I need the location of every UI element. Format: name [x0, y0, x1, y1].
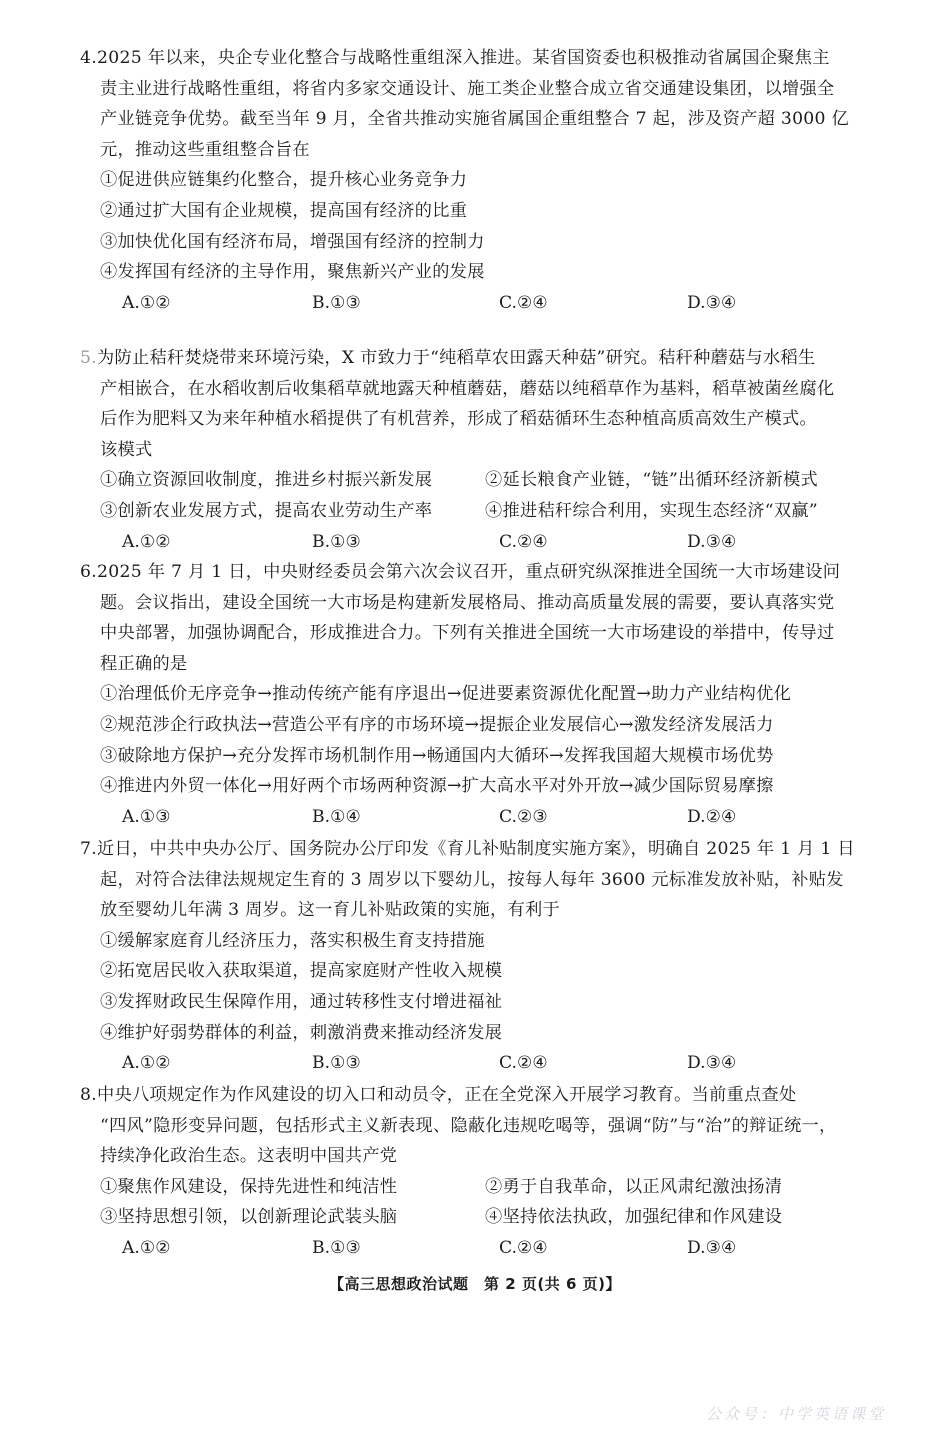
answer-c: C.②④	[499, 527, 548, 558]
question-stem-line: 4.2025 年以来，央企专业化整合与战略性重组深入推进。某省国资委也积极推动省…	[80, 43, 870, 74]
option-row: ③坚持思想引领，以创新理论武装头脑 ④坚持依法执政，加强纪律和作风建设	[80, 1202, 870, 1233]
question-number: 4.	[80, 48, 97, 68]
watermark: 公众号：中学英语课堂	[706, 1403, 886, 1424]
question-6: 6.2025 年 7 月 1 日，中央财经委员会第六次会议召开，重点研究纵深推进…	[80, 557, 870, 832]
answer-b: B.①③	[312, 1233, 361, 1264]
page-footer: 【高三思想政治试题 第 2 页(共 6 页)】	[0, 1273, 950, 1294]
option-4: ④维护好弱势群体的利益，刺激消费来推动经济发展	[80, 1018, 870, 1049]
exam-page: 4.2025 年以来，央企专业化整合与战略性重组深入推进。某省国资委也积极推动省…	[0, 0, 950, 1449]
answer-d: D.③④	[687, 288, 736, 319]
question-7: 7.近日，中共中央办公厅、国务院办公厅印发《育儿补贴制度实施方案》，明确自 20…	[80, 834, 870, 1079]
question-5: 5.为防止秸秆焚烧带来环境污染，X 市致力于“纯稻草农田露天种菇”研究。秸秆种蘑…	[80, 343, 870, 557]
question-stem-line: 中央部署，加强协调配合，形成推进合力。下列有关推进全国统一大市场建设的举措中，传…	[80, 618, 870, 649]
question-number: 5.	[80, 348, 97, 368]
answer-a: A.①②	[122, 527, 171, 558]
answer-c: C.②④	[499, 1048, 548, 1079]
answer-b: B.①③	[312, 288, 361, 319]
option-3: ③发挥财政民生保障作用，通过转移性支付增进福祉	[80, 987, 870, 1018]
answer-d: D.③④	[687, 527, 736, 558]
question-stem-line: 程正确的是	[80, 649, 870, 680]
option-row: ③创新农业发展方式，提高农业劳动生产率 ④推进秸秆综合利用，实现生态经济“双赢”	[80, 496, 870, 527]
question-stem-line: 元，推动这些重组整合旨在	[80, 135, 870, 166]
answer-choices: A.①② B.①③ C.②④ D.③④	[80, 527, 870, 558]
option-2: ②勇于自我革命，以正风肃纪激浊扬清	[485, 1172, 870, 1203]
question-stem-line: 后作为肥料又为来年种植水稻提供了有机营养，形成了稻菇循环生态种植高质高效生产模式…	[80, 404, 870, 435]
option-3: ③破除地方保护→充分发挥市场机制作用→畅通国内大循环→发挥我国超大规模市场优势	[80, 741, 870, 772]
question-stem-line: 该模式	[80, 435, 870, 466]
answer-choices: A.①② B.①③ C.②④ D.③④	[80, 1233, 870, 1264]
option-1: ①促进供应链集约化整合，提升核心业务竞争力	[80, 165, 870, 196]
answer-b: B.①③	[312, 527, 361, 558]
answer-a: A.①③	[122, 802, 171, 833]
option-1: ①聚焦作风建设，保持先进性和纯洁性	[100, 1172, 485, 1203]
option-row: ①聚焦作风建设，保持先进性和纯洁性 ②勇于自我革命，以正风肃纪激浊扬清	[80, 1172, 870, 1203]
answer-c: C.②④	[499, 1233, 548, 1264]
option-1: ①缓解家庭育儿经济压力，落实积极生育支持措施	[80, 926, 870, 957]
question-stem-line: 持续净化政治生态。这表明中国共产党	[80, 1141, 870, 1172]
option-3: ③加快优化国有经济布局，增强国有经济的控制力	[80, 227, 870, 258]
option-1: ①确立资源回收制度，推进乡村振兴新发展	[100, 465, 485, 496]
question-number: 6.	[80, 562, 97, 582]
option-4: ④推进内外贸一体化→用好两个市场两种资源→扩大高水平对外开放→减少国际贸易摩擦	[80, 771, 870, 802]
question-stem-line: 放至婴幼儿年满 3 周岁。这一育儿补贴政策的实施，有利于	[80, 895, 870, 926]
question-4: 4.2025 年以来，央企专业化整合与战略性重组深入推进。某省国资委也积极推动省…	[80, 43, 870, 318]
question-8: 8.中央八项规定作为作风建设的切入口和动员令，正在全党深入开展学习教育。当前重点…	[80, 1080, 870, 1264]
option-4: ④发挥国有经济的主导作用，聚焦新兴产业的发展	[80, 257, 870, 288]
question-stem-line: “四风”隐形变异问题，包括形式主义新表现、隐蔽化违规吃喝等，强调“防”与“治”的…	[80, 1111, 870, 1142]
question-stem-line: 7.近日，中共中央办公厅、国务院办公厅印发《育儿补贴制度实施方案》，明确自 20…	[80, 834, 870, 865]
question-stem-line: 题。会议指出，建设全国统一大市场是构建新发展格局、推动高质量发展的需要，要认真落…	[80, 588, 870, 619]
answer-b: B.①③	[312, 1048, 361, 1079]
answer-d: D.②④	[687, 802, 736, 833]
option-1: ①治理低价无序竞争→推动传统产能有序退出→促进要素资源优化配置→助力产业结构优化	[80, 679, 870, 710]
question-stem-line: 起，对符合法律法规规定生育的 3 周岁以下婴幼儿，按每人每年 3600 元标准发…	[80, 865, 870, 896]
question-stem-line: 产相嵌合，在水稻收割后收集稻草就地露天种植蘑菇，蘑菇以纯稻草作为基料，稻草被菌丝…	[80, 374, 870, 405]
question-stem-line: 5.为防止秸秆焚烧带来环境污染，X 市致力于“纯稻草农田露天种菇”研究。秸秆种蘑…	[80, 343, 870, 374]
question-stem-line: 产业链竞争优势。截至当年 9 月，全省共推动实施省属国企重组整合 7 起，涉及资…	[80, 104, 870, 135]
answer-d: D.③④	[687, 1048, 736, 1079]
question-stem-line: 责主业进行战略性重组，将省内多家交通设计、施工类企业整合成立省交通建设集团，以增…	[80, 74, 870, 105]
answer-a: A.①②	[122, 1048, 171, 1079]
answer-b: B.①④	[312, 802, 361, 833]
question-stem-line: 6.2025 年 7 月 1 日，中央财经委员会第六次会议召开，重点研究纵深推进…	[80, 557, 870, 588]
option-4: ④坚持依法执政，加强纪律和作风建设	[485, 1202, 870, 1233]
option-2: ②延长粮食产业链，“链”出循环经济新模式	[485, 465, 870, 496]
option-2: ②规范涉企行政执法→营造公平有序的市场环境→提振企业发展信心→激发经济发展活力	[80, 710, 870, 741]
answer-c: C.②④	[499, 288, 548, 319]
question-stem-line: 8.中央八项规定作为作风建设的切入口和动员令，正在全党深入开展学习教育。当前重点…	[80, 1080, 870, 1111]
option-3: ③坚持思想引领，以创新理论武装头脑	[100, 1202, 485, 1233]
question-number: 8.	[80, 1085, 97, 1105]
answer-c: C.②③	[499, 802, 548, 833]
question-number: 7.	[80, 839, 97, 859]
answer-choices: A.①② B.①③ C.②④ D.③④	[80, 1048, 870, 1079]
option-2: ②通过扩大国有企业规模，提高国有经济的比重	[80, 196, 870, 227]
answer-a: A.①②	[122, 1233, 171, 1264]
option-2: ②拓宽居民收入获取渠道，提高家庭财产性收入规模	[80, 956, 870, 987]
option-3: ③创新农业发展方式，提高农业劳动生产率	[100, 496, 485, 527]
answer-choices: A.①② B.①③ C.②④ D.③④	[80, 288, 870, 319]
answer-choices: A.①③ B.①④ C.②③ D.②④	[80, 802, 870, 833]
option-row: ①确立资源回收制度，推进乡村振兴新发展 ②延长粮食产业链，“链”出循环经济新模式	[80, 465, 870, 496]
answer-d: D.③④	[687, 1233, 736, 1264]
option-4: ④推进秸秆综合利用，实现生态经济“双赢”	[485, 496, 870, 527]
answer-a: A.①②	[122, 288, 171, 319]
